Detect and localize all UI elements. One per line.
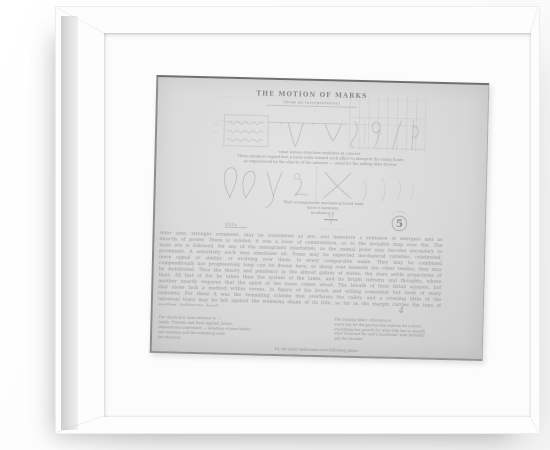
- funnel-curves-sketch: [269, 122, 348, 147]
- picture-frame: THE MOTION OF MARKS (from an interpretat…: [55, 6, 540, 434]
- swash-numeral: 4: [399, 306, 411, 315]
- footnote-block-left: The classical is more referred to — Smit…: [158, 315, 269, 343]
- manuscript-paragraph: After land, strought ornament, may be co…: [158, 231, 443, 312]
- fraction-formula: 1 ∫ 2: [317, 214, 345, 225]
- fraction-numerator: 1 ∫: [317, 214, 345, 219]
- plate-number: 5: [392, 216, 407, 230]
- manuscript-sheet: THE MOTION OF MARKS (from an interpretat…: [152, 77, 488, 359]
- product-photo-background: THE MOTION OF MARKS (from an interpretat…: [0, 0, 550, 450]
- wave-box-sketch: [213, 114, 269, 146]
- grid-curves-sketch: [351, 119, 418, 151]
- mat-board: THE MOTION OF MARKS (from an interpretat…: [104, 33, 531, 417]
- photographed-manuscript: THE MOTION OF MARKS (from an interpretat…: [150, 75, 490, 361]
- fraction-denominator: 2: [317, 220, 345, 225]
- footnote-block-right: The missing slides' education to every d…: [334, 317, 467, 344]
- margin-mark: 1111 c: [225, 222, 247, 228]
